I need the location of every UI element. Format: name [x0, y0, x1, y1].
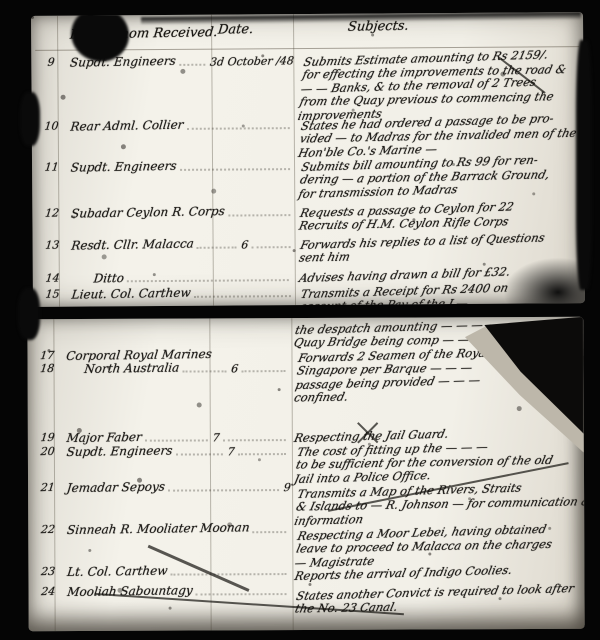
date-cell: 3d October /48	[210, 54, 295, 68]
table-row: 24 Mooliah Sabountagy States another Con…	[28, 583, 584, 601]
row-number: 22	[34, 523, 61, 536]
from-cell: Resdt. Cllr. Malacca	[71, 237, 195, 253]
date-cell: 7	[227, 445, 235, 458]
subject-cell: Reports the arrival of Indigo Coolies.	[294, 564, 580, 582]
edge-shadow-blob	[18, 288, 40, 340]
dotted-leader	[187, 118, 290, 130]
date-cell: 9	[283, 481, 291, 494]
dotted-leader	[182, 361, 226, 372]
dotted-leader	[180, 159, 290, 171]
from-cell: Supdt. Engineers	[70, 159, 177, 175]
dotted-leader	[171, 564, 287, 576]
row-number: 12	[38, 206, 65, 219]
row-number: 18	[34, 362, 61, 375]
dotted-leader	[251, 237, 290, 248]
subject-cell: The cost of fitting up the — — —to be su…	[294, 440, 583, 485]
from-cell: Lt. Col. Carthew	[66, 564, 168, 579]
date-cell: 6	[240, 238, 248, 251]
from-cell: Lieut. Col. Carthew	[71, 286, 192, 302]
dotted-leader	[223, 430, 286, 441]
row-number: 21	[34, 481, 61, 494]
date-cell: 6	[231, 362, 239, 375]
date-cell: 7	[212, 431, 220, 444]
register-page-bottom-half: the despatch amounting — — —Quay Bridge …	[27, 317, 584, 631]
from-cell: Rear Adml. Collier	[70, 118, 184, 134]
subject-cell: Respecting a Moor Lebei, having obtained…	[294, 524, 583, 569]
subject-cell: States he had ordered a passage to be pr…	[298, 113, 585, 158]
table-row: 20 Supdt. Engineers7 The cost of fitting…	[28, 443, 584, 461]
edge-shadow-blob	[576, 40, 592, 290]
row-number: 20	[34, 445, 61, 458]
dotted-leader	[127, 270, 289, 282]
register-page-top-half: From whom Received. Date. Subjects. 9 Su…	[31, 12, 585, 307]
ink-smear	[503, 257, 585, 307]
from-cell: North Australia	[84, 361, 181, 376]
row-number: 10	[38, 119, 65, 132]
table-row: 23 Lt. Col. Carthew Reports the arrival …	[28, 563, 584, 581]
table-row: 12 Subadar Ceylon R. Corps Requests a pa…	[32, 203, 584, 223]
dotted-leader	[168, 480, 279, 491]
dotted-leader	[179, 55, 206, 66]
dotted-leader	[194, 286, 291, 298]
from-cell: Sinneah R. Mooliater Moonan	[66, 520, 250, 537]
table-row: 22 Sinneah R. Mooliater Moonan Respectin…	[28, 521, 584, 539]
from-cell: Supdt. Engineers	[66, 443, 173, 459]
table-row: 21 Jemadar Sepoys9 Transmits a Map of th…	[28, 479, 584, 497]
dotted-leader	[253, 522, 287, 533]
from-cell: Jemadar Sepoys	[66, 480, 166, 495]
from-cell: Subadar Ceylon R. Corps	[70, 204, 225, 221]
scanned-register-page: From whom Received. Date. Subjects. 9 Su…	[0, 0, 600, 640]
row-number: 11	[38, 160, 65, 173]
dotted-leader	[241, 361, 285, 372]
edge-shadow-blob	[20, 92, 40, 146]
subject-cell: Submits bill amounting to Rs 99 for ren-…	[298, 154, 585, 199]
row-number: 9	[37, 55, 64, 68]
dotted-leader	[175, 444, 223, 455]
subject-cell: Requests a passage to Ceylon for 22Recru…	[299, 200, 586, 232]
table-row: 11 Supdt. Engineers Submits bill amounti…	[32, 157, 584, 177]
dotted-leader	[145, 430, 208, 441]
ink-specks	[31, 16, 34, 19]
row-number: 14	[39, 271, 66, 284]
row-number: 23	[34, 565, 61, 578]
row-number: 24	[35, 585, 62, 598]
row-number: 17	[34, 349, 61, 362]
col-header-subject: Subjects.	[347, 19, 409, 35]
dotted-leader	[228, 205, 291, 216]
dotted-leader	[197, 238, 236, 249]
row-number: 13	[39, 238, 66, 251]
row-number: 15	[39, 287, 66, 300]
table-row: 10 Rear Adml. Collier States he had orde…	[32, 116, 584, 136]
from-cell: Major Faber	[66, 430, 143, 445]
dotted-leader	[238, 444, 286, 455]
from-cell: Ditto	[93, 271, 125, 286]
col-header-date: Date.	[217, 22, 254, 38]
row-number: 19	[34, 431, 61, 444]
table-row: 13 Resdt. Cllr. Malacca6 Forwards his re…	[33, 235, 585, 255]
